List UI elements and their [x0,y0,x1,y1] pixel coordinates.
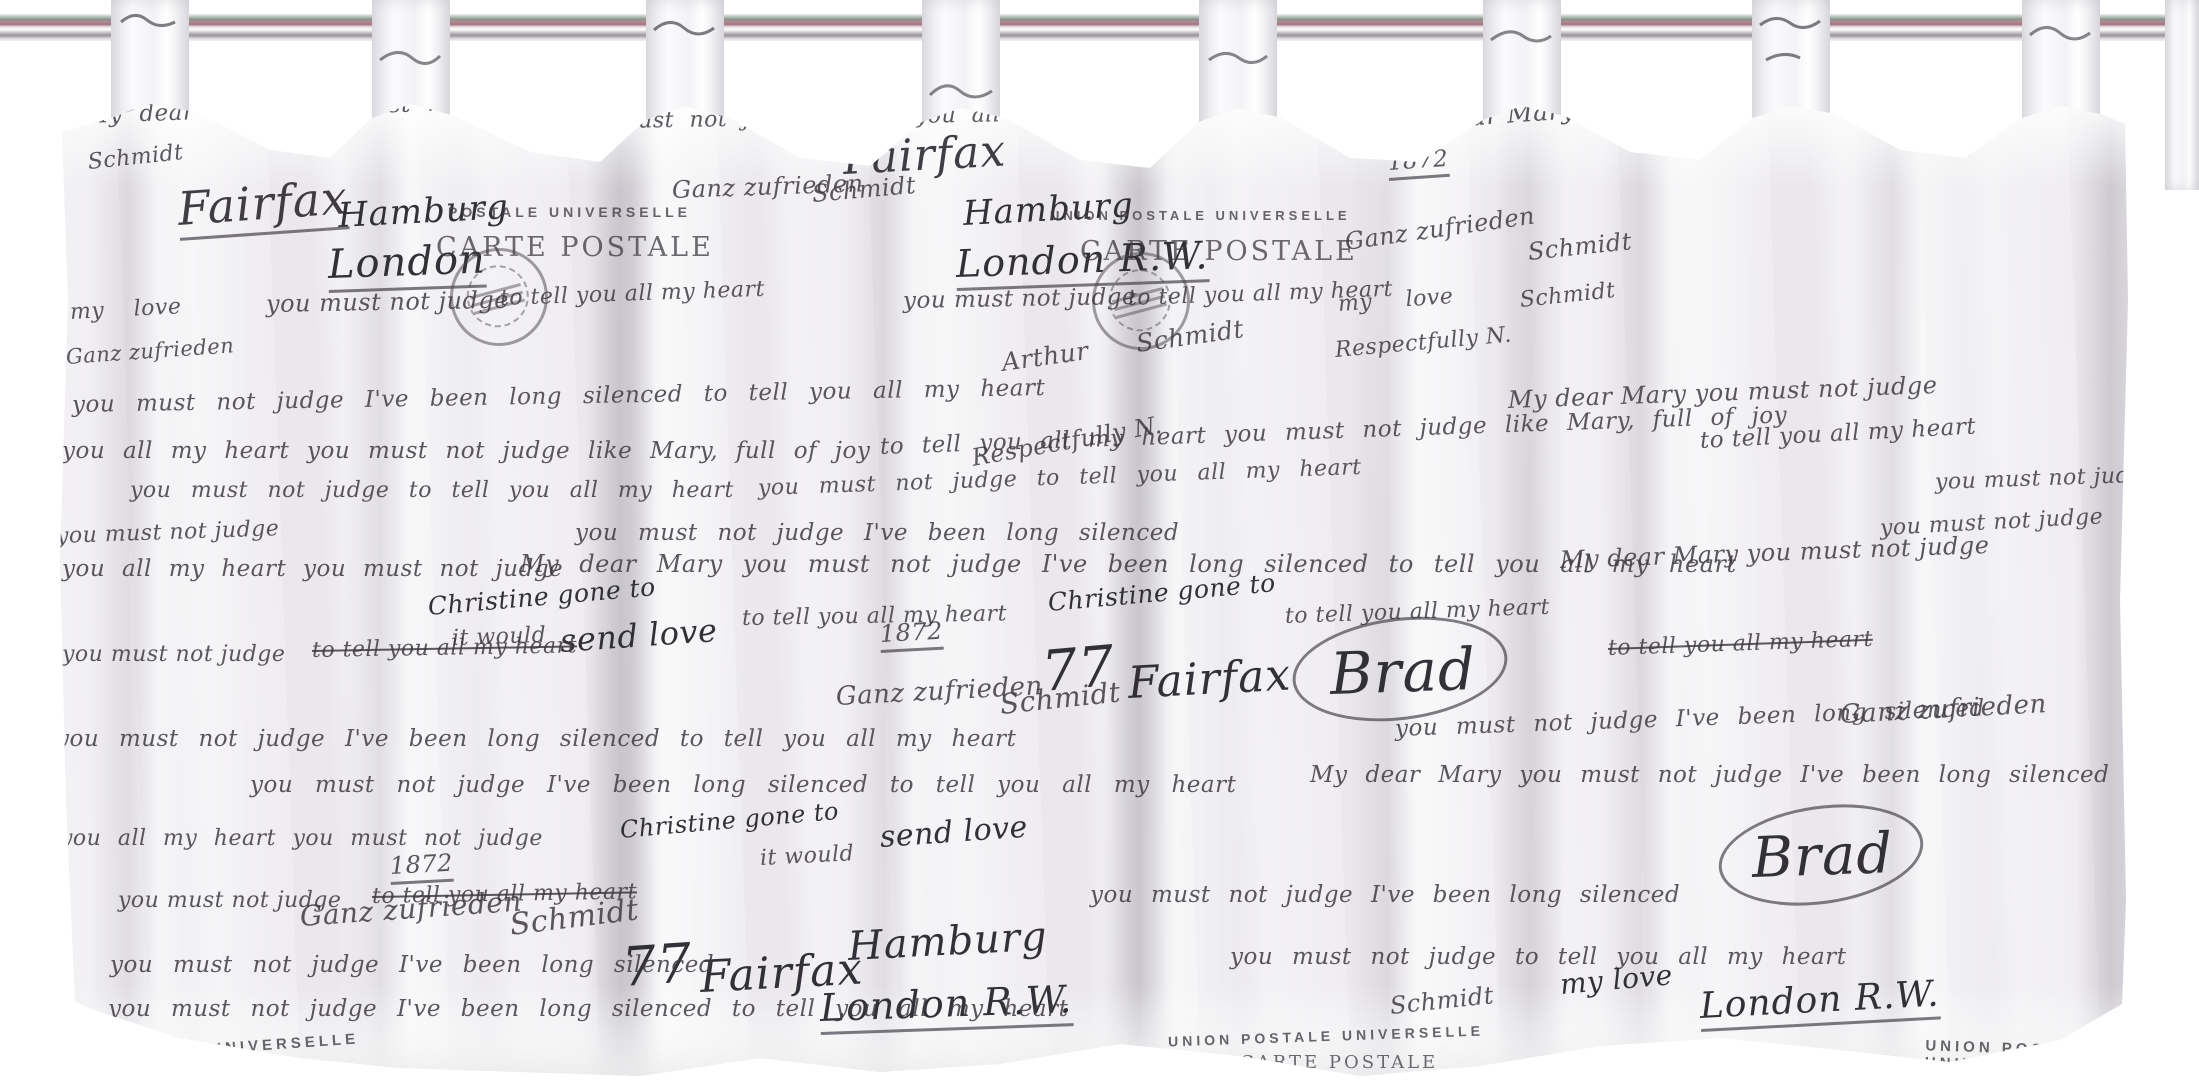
script-line: Ganz zufrieden [1839,689,2047,730]
script-line: Christine gone to [619,797,840,844]
postale-universelle-stamp: POSTALE UNIVERSELLE [448,204,691,220]
script-line: to tell you all my heart you must not ju… [880,402,1788,460]
script-signature: Schmidt [1527,227,1634,266]
script-line: you must not judge [62,642,285,667]
script-date: 1872 [1387,146,1450,181]
script-line: you must not judge [266,286,509,318]
carte-postale-hem-stamp: CARTE POSTALE [1240,1052,1438,1073]
script-line: you must not judge I've been long silenc… [250,772,1236,798]
script-line: you all my heart you must not judge like… [62,438,870,464]
script-line: you must not judge I've been long silenc… [575,520,1179,546]
script-line: you must not judge [56,516,280,549]
script-line: you must not judge I've been long silenc… [110,952,714,978]
script-line: you must not judge [1935,462,2159,495]
script-line: Ganz zufrieden [1343,201,1537,255]
london-signature: London R.W. [1699,973,1941,1031]
script-date: 1872 [389,849,454,885]
script-line: you must not judge I've been long silenc… [1090,882,1680,908]
hamburg-signature: Hamburg [847,914,1049,970]
script-signature: Schmidt [1519,278,1617,313]
script-line: my love [69,294,182,325]
brad-signature: Brad [1329,635,1477,708]
curtain-tab-9-partial [2165,0,2199,190]
union-postale-hem-stamp: UNION POSTALE UNIVERSELLE [1168,1022,1484,1049]
script-line: My dear Mary you must not judge [1560,531,1990,574]
script-line: Ganz zufrieden [65,333,235,369]
script-line: you must not judge I've been long silenc… [108,996,1068,1022]
union-postale-hem-stamp: UNION POSTALE UNIVERSELLE [28,1030,360,1070]
script-line: you all my heart you must not judge [60,826,543,851]
union-postale-hem-stamp: UNION POSTALE UNIVERSELLE [1924,1037,2199,1080]
script-line: it would [759,841,854,871]
script-line: to tell you all my heart [742,601,1007,631]
script-line: you must not judge [903,284,1137,314]
script-date: 1872 [879,617,944,653]
curtain-product-photo: My dear Mary you must not judge you must… [0,0,2199,1080]
script-line: My dear Mary you must not judge I've bee… [520,550,1737,578]
script-line: you all my heart you must not judge [62,556,563,582]
fairfax-signature: Fairfax [1127,649,1293,708]
curtain-rod [0,14,2199,41]
fairfax-signature: Fairfax [176,170,350,241]
script-line: send love [879,810,1029,855]
curtain-panel: My dear Mary you must not judge you must… [0,0,2199,1080]
script-line: My dear Mary you must not judge I've bee… [1310,762,2199,788]
union-postale-stamp: UNION POSTALE UNIVERSELLE [1050,208,1351,223]
script-line: send love [559,611,719,660]
script-line: you must not judge I've been long silenc… [56,726,1016,752]
script-line-struck: to tell you all my heart [312,633,577,663]
script-line: you must not judge to tell you all my he… [560,100,1128,135]
script-print-layer: My dear Mary you must not judge you must… [0,0,2199,1080]
script-line: you must not judge I've been long silenc… [72,375,1046,418]
script-line: Respectfully N. [1334,323,1513,363]
script-line-struck: to tell you all my heart [1608,627,1874,661]
script-line: you must not judge to tell you all my he… [1230,944,1846,970]
brad-signature: Brad [1751,821,1894,891]
script-signature: Schmidt [87,140,185,175]
script-signature: Schmidt [1389,981,1496,1020]
script-line: you must not judge to tell you all my he… [130,478,734,503]
